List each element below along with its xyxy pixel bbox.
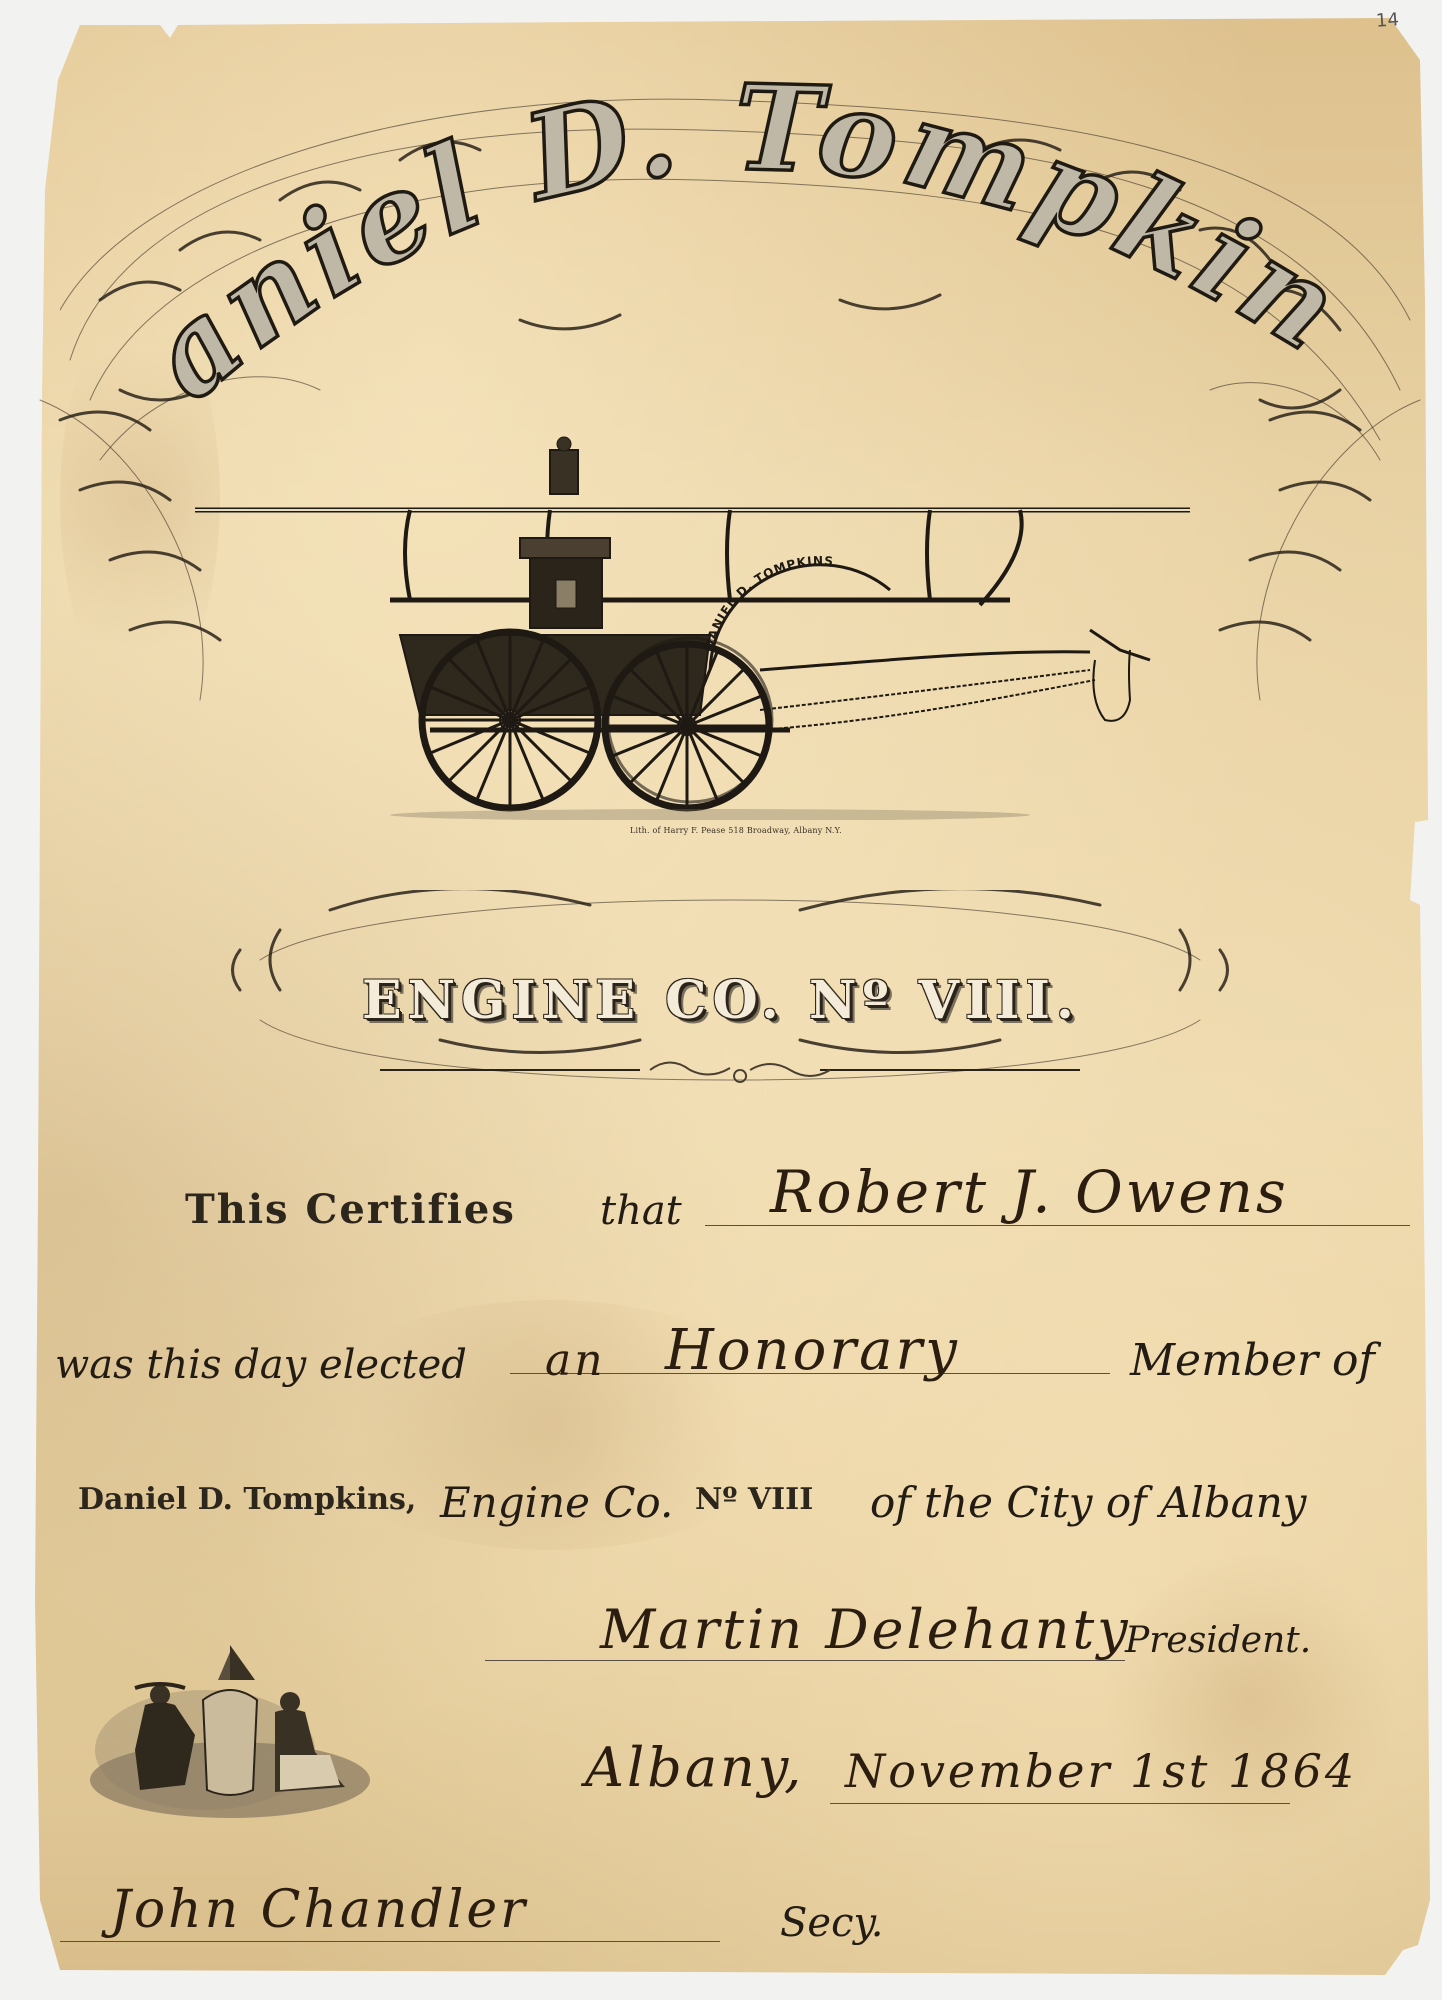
date-line (830, 1803, 1290, 1804)
president-title: President. (1125, 1620, 1311, 1661)
header-title: Daniel D. Tompkins, (60, 60, 1367, 426)
seal-vignette (85, 1640, 375, 1820)
member-name: Robert J. Owens (770, 1158, 1289, 1226)
fire-engine-illustration: DANIEL D. TOMPKINS (190, 430, 1210, 820)
issue-date: November 1st 1864 (845, 1744, 1357, 1798)
secretary-signature: John Chandler (110, 1880, 528, 1940)
that-label: that (600, 1188, 682, 1234)
secretary-signature-line (60, 1941, 720, 1942)
city-label: of the City of Albany (870, 1478, 1307, 1527)
company-number: Nº VIII (695, 1482, 813, 1517)
president-signature: Martin Delehanty (600, 1598, 1131, 1661)
page-number: 14 (1375, 9, 1399, 32)
elected-prefix: was this day elected (55, 1342, 467, 1388)
engine-nameplate: DANIEL D. TOMPKINS (702, 554, 835, 652)
company-banner: ENGINE CO. Nº VIII. (0, 970, 1442, 1031)
paper-stain (1100, 1550, 1400, 1850)
secretary-title: Secy. (780, 1900, 883, 1946)
lithographer-credit: Lith. of Harry F. Pease 518 Broadway, Al… (630, 826, 842, 835)
company-name-engraved: Daniel D. Tompkins, (78, 1482, 416, 1517)
membership-type: Honorary (665, 1318, 960, 1383)
member-article: an (545, 1335, 606, 1386)
place-city: Albany, (585, 1736, 804, 1799)
engine-co-label: Engine Co. (440, 1478, 673, 1527)
member-of-label: Member of (1130, 1335, 1375, 1386)
certifies-label: This Certifies (185, 1186, 516, 1233)
